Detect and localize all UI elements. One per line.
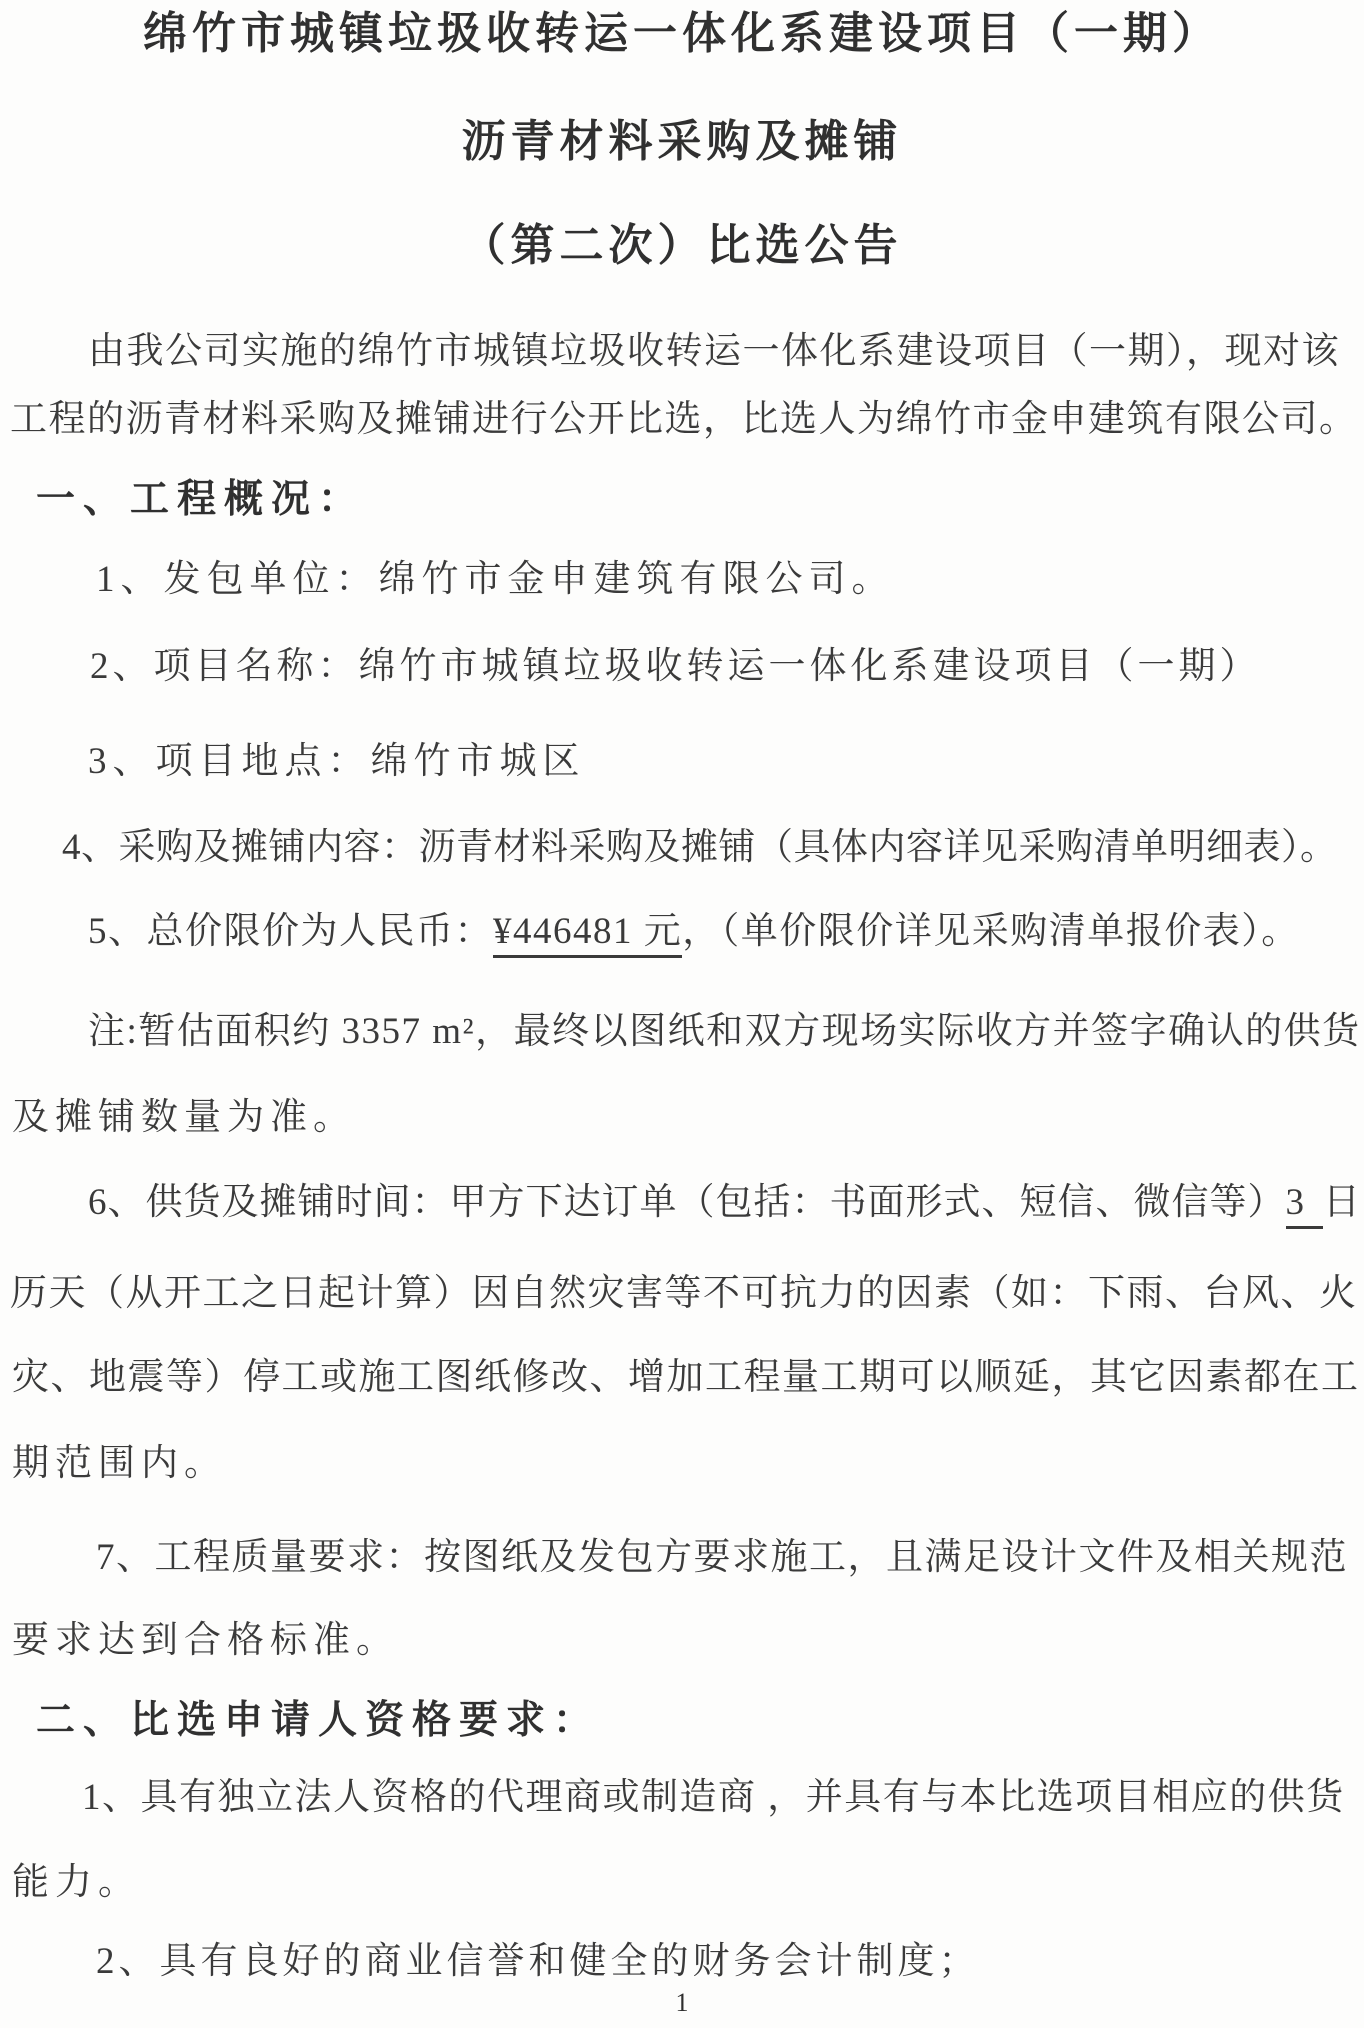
item-6-supply-time-line-2: 历天（从开工之日起计算）因自然灾害等不可抗力的因素（如：下雨、台风、火 [10, 1272, 1358, 1316]
section-1-heading: 一、工程概况： [36, 477, 365, 524]
item-5-prefix: 5、总价限价为人民币： [88, 911, 493, 952]
section-2-heading: 二、比选申请人资格要求： [36, 1698, 600, 1745]
item-6-supply-time-line-4: 期范围内。 [12, 1442, 227, 1486]
doc-title-line-3: （第二次）比选公告 [0, 220, 1364, 273]
doc-title-line-2: 沥青材料采购及摊铺 [0, 116, 1364, 169]
item-6-supply-time-line-3: 灾、地震等）停工或施工图纸修改、增加工程量工期可以顺延，其它因素都在工 [12, 1356, 1360, 1400]
item-5-total-price-limit: 5、总价限价为人民币：¥446481 元，（单价限价详见采购清单报价表）。 [88, 910, 1300, 954]
intro-line-2: 工程的沥青材料采购及摊铺进行公开比选，比选人为绵竹市金申建筑有限公司。 [10, 398, 1358, 442]
item-1-contracting-unit: 1、发包单位：绵竹市金申建筑有限公司。 [96, 558, 895, 602]
item-6-prefix: 6、供货及摊铺时间：甲方下达订单（包括：书面形式、短信、微信等） [88, 1182, 1286, 1223]
note-line-1: 注:暂估面积约 3357 m²，最终以图纸和双方现场实际收方并签字确认的供货 [88, 1010, 1361, 1054]
section-2-item-1-line-1: 1、具有独立法人资格的代理商或制造商 ，并具有与本比选项目相应的供货 [82, 1776, 1345, 1820]
item-6-supply-time-line-1: 6、供货及摊铺时间：甲方下达订单（包括：书面形式、短信、微信等）3日 [88, 1181, 1361, 1225]
item-4-procurement-content: 4、采购及摊铺内容：沥青材料采购及摊铺（具体内容详见采购清单明细表）。 [62, 826, 1338, 870]
item-6-days-underlined: 3 [1286, 1182, 1324, 1229]
item-7-quality-requirement-line-2: 要求达到合格标准。 [12, 1619, 399, 1663]
item-5-amount-underlined: ¥446481 元 [493, 911, 682, 958]
section-2-item-2: 2、具有良好的商业信誉和健全的财务会计制度； [96, 1940, 980, 1984]
item-6-suffix: 日 [1323, 1182, 1361, 1223]
section-2-item-1-line-2: 能力。 [12, 1861, 141, 1905]
item-2-project-name: 2、项目名称：绵竹市城镇垃圾收转运一体化系建设项目（一期） [90, 645, 1261, 689]
page-number: 1 [0, 1988, 1364, 2018]
document-page: 绵竹市城镇垃圾收转运一体化系建设项目（一期） 沥青材料采购及摊铺 （第二次）比选… [0, 0, 1364, 2028]
item-7-quality-requirement-line-1: 7、工程质量要求：按图纸及发包方要求施工，且满足设计文件及相关规范 [96, 1536, 1348, 1580]
intro-line-1: 由我公司实施的绵竹市城镇垃圾收转运一体化系建设项目（一期），现对该 [88, 330, 1340, 374]
item-5-suffix: ，（单价限价详见采购清单报价表）。 [682, 911, 1300, 952]
note-line-2: 及摊铺数量为准。 [12, 1096, 356, 1140]
item-3-project-location: 3、项目地点：绵竹市城区 [88, 740, 586, 784]
doc-title-line-1: 绵竹市城镇垃圾收转运一体化系建设项目（一期） [0, 8, 1364, 61]
